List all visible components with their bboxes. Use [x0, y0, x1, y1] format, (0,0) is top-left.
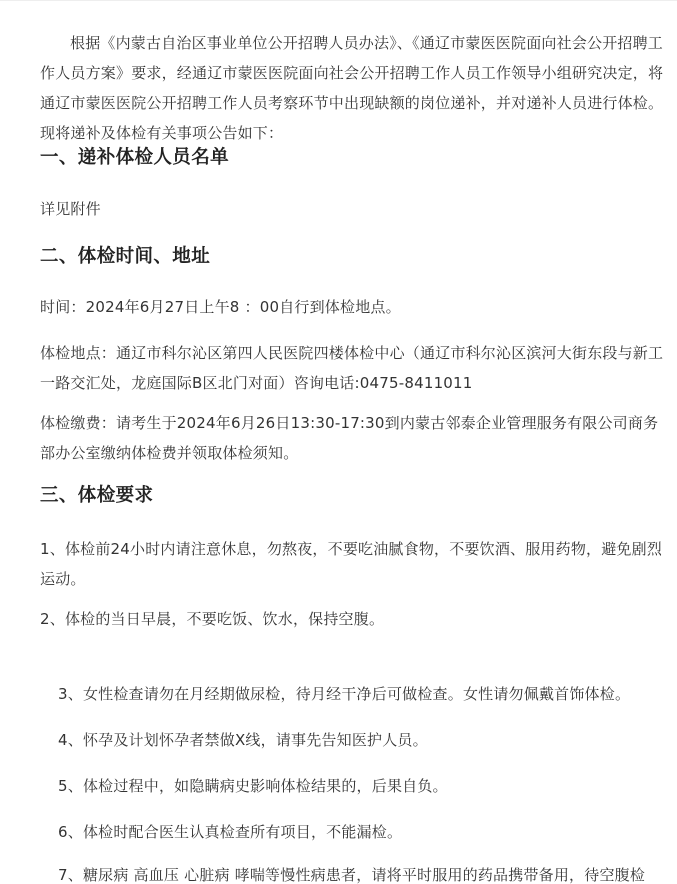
requirement-item-2: 2、体检的当日早晨，不要吃饭、饮水，保持空腹。 — [40, 604, 665, 634]
section-heading-2: 二、体检时间、地址 — [40, 242, 665, 272]
requirement-item-6: 6、体检时配合医生认真检查所有项目，不能漏检。 — [40, 817, 668, 847]
section-heading-1: 一、递补体检人员名单 — [40, 143, 665, 173]
requirement-item-3: 3、女性检查请勿在月经期做尿检，待月经干净后可做检查。女性请勿佩戴首饰体检。 — [40, 679, 668, 709]
intro-paragraph: 根据《内蒙古自治区事业单位公开招聘人员办法》、《通辽市蒙医医院面向社会公开招聘工… — [40, 28, 665, 148]
requirement-item-7: 7、糖尿病 高血压 心脏病 哮喘等慢性病患者，请将平时服用的药品携带备用，待空腹… — [40, 860, 677, 884]
section-heading-3: 三、体检要求 — [40, 481, 665, 511]
top-divider — [0, 0, 677, 1]
section-1-text: 详见附件 — [40, 194, 665, 224]
requirement-item-4: 4、怀孕及计划怀孕者禁做X线，请事先告知医护人员。 — [40, 725, 668, 755]
requirement-item-1: 1、体检前24小时内请注意休息，勿熬夜，不要吃油腻食物，不要饮酒、服用药物，避免… — [40, 534, 665, 594]
exam-time-text: 时间：2024年6月27日上午8 ：00自行到体检地点。 — [40, 292, 665, 322]
requirement-item-5: 5、体检过程中，如隐瞒病史影响体检结果的，后果自负。 — [40, 771, 668, 801]
exam-location-text: 体检地点：通辽市科尔沁区第四人民医院四楼体检中心（通辽市科尔沁区滨河大街东段与新… — [40, 338, 665, 398]
exam-fee-text: 体检缴费：请考生于2024年6月26日13:30-17:30到内蒙古邻泰企业管理… — [40, 408, 665, 468]
